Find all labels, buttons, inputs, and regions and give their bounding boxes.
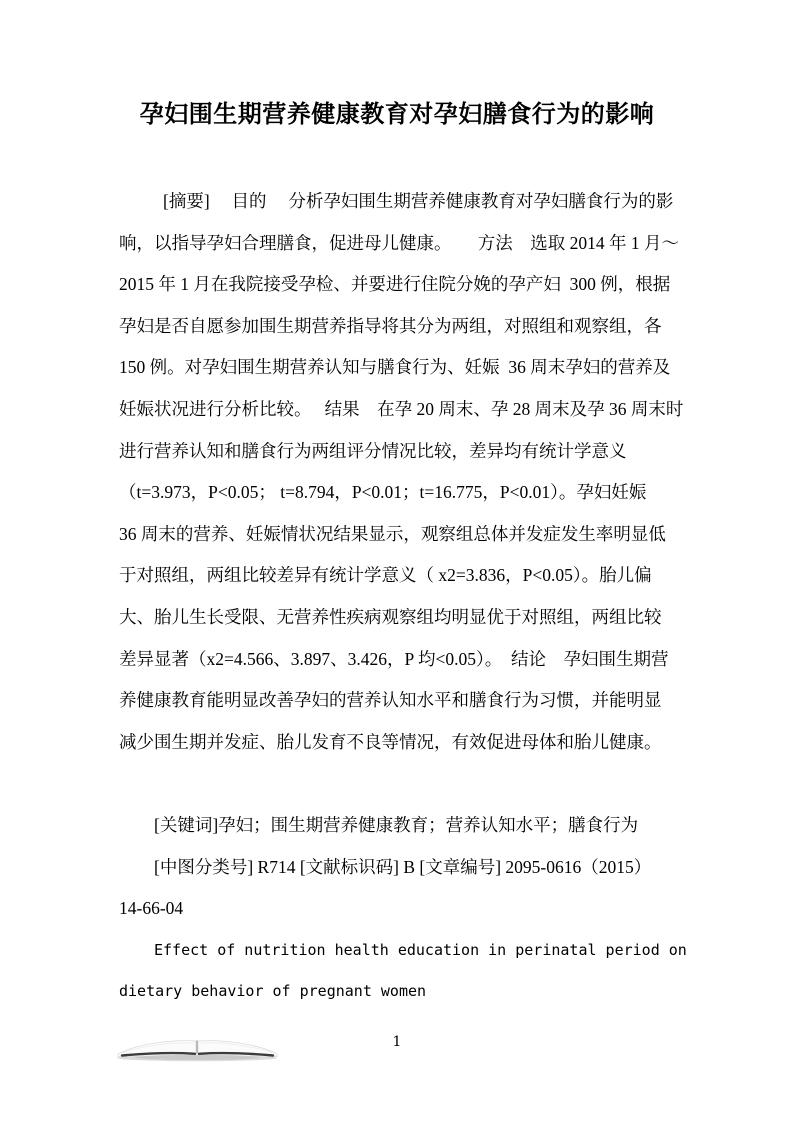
document-page: 孕妇围生期营养健康教育对孕妇膳食行为的影响 [摘要] 目的 分析孕妇围生期营养健… xyxy=(0,0,794,1123)
page-number: 1 xyxy=(0,1033,794,1051)
abstract-line-11: 大、胎儿生长受限、无营养性疾病观察组均明显优于对照组，两组比较 xyxy=(119,597,679,639)
classification-line-continued: 14-66-04 xyxy=(119,888,679,930)
english-title-line-1: Effect of nutrition health education in … xyxy=(119,930,679,972)
abstract-line-6: 妊娠状况进行分析比较。 结果 在孕 20 周末、孕 28 周末及孕 36 周末时 xyxy=(119,389,679,431)
abstract-line-14: 减少围生期并发症、胎儿发育不良等情况，有效促进母体和胎儿健康。 xyxy=(119,722,679,764)
abstract-line-10: 于对照组，两组比较差异有统计学意义（ x2=3.836，P<0.05）。胎儿偏 xyxy=(119,555,679,597)
abstract-line-3: 2015 年 1 月在我院接受孕检、并要进行住院分娩的孕产妇 300 例，根据 xyxy=(119,264,679,306)
abstract-line-2: 响，以指导孕妇合理膳食，促进母儿健康。 方法 选取 2014 年 1 月～ xyxy=(119,223,679,265)
abstract-line-12: 差异显著（x2=4.566、3.897、3.426，P 均<0.05）。 结论 … xyxy=(119,639,679,681)
abstract-line-7: 进行营养认知和膳食行为两组评分情况比较，差异均有统计学意义 xyxy=(119,431,679,473)
document-body: [摘要] 目的 分析孕妇围生期营养健康教育对孕妇膳食行为的影 响，以指导孕妇合理… xyxy=(119,181,679,1013)
abstract-line-5: 150 例。对孕妇围生期营养认知与膳食行为、妊娠 36 周末孕妇的营养及 xyxy=(119,347,679,389)
document-title: 孕妇围生期营养健康教育对孕妇膳食行为的影响 xyxy=(0,100,794,130)
blank-line xyxy=(119,763,679,805)
keywords-line: [关键词]孕妇；围生期营养健康教育；营养认知水平；膳食行为 xyxy=(119,805,679,847)
abstract-line-13: 养健康教育能明显改善孕妇的营养认知水平和膳食行为习惯，并能明显 xyxy=(119,680,679,722)
abstract-line-1: [摘要] 目的 分析孕妇围生期营养健康教育对孕妇膳食行为的影 xyxy=(119,181,679,223)
abstract-line-9: 36 周末的营养、妊娠情状况结果显示，观察组总体并发症发生率明显低 xyxy=(119,514,679,556)
classification-line: [中图分类号] R714 [文献标识码] B [文章编号] 2095-0616（… xyxy=(119,847,679,889)
english-title-line-2: dietary behavior of pregnant women xyxy=(119,971,679,1013)
abstract-line-4: 孕妇是否自愿参加围生期营养指导将其分为两组，对照组和观察组，各 xyxy=(119,306,679,348)
abstract-line-8: （t=3.973，P<0.05； t=8.794，P<0.01；t=16.775… xyxy=(119,472,679,514)
